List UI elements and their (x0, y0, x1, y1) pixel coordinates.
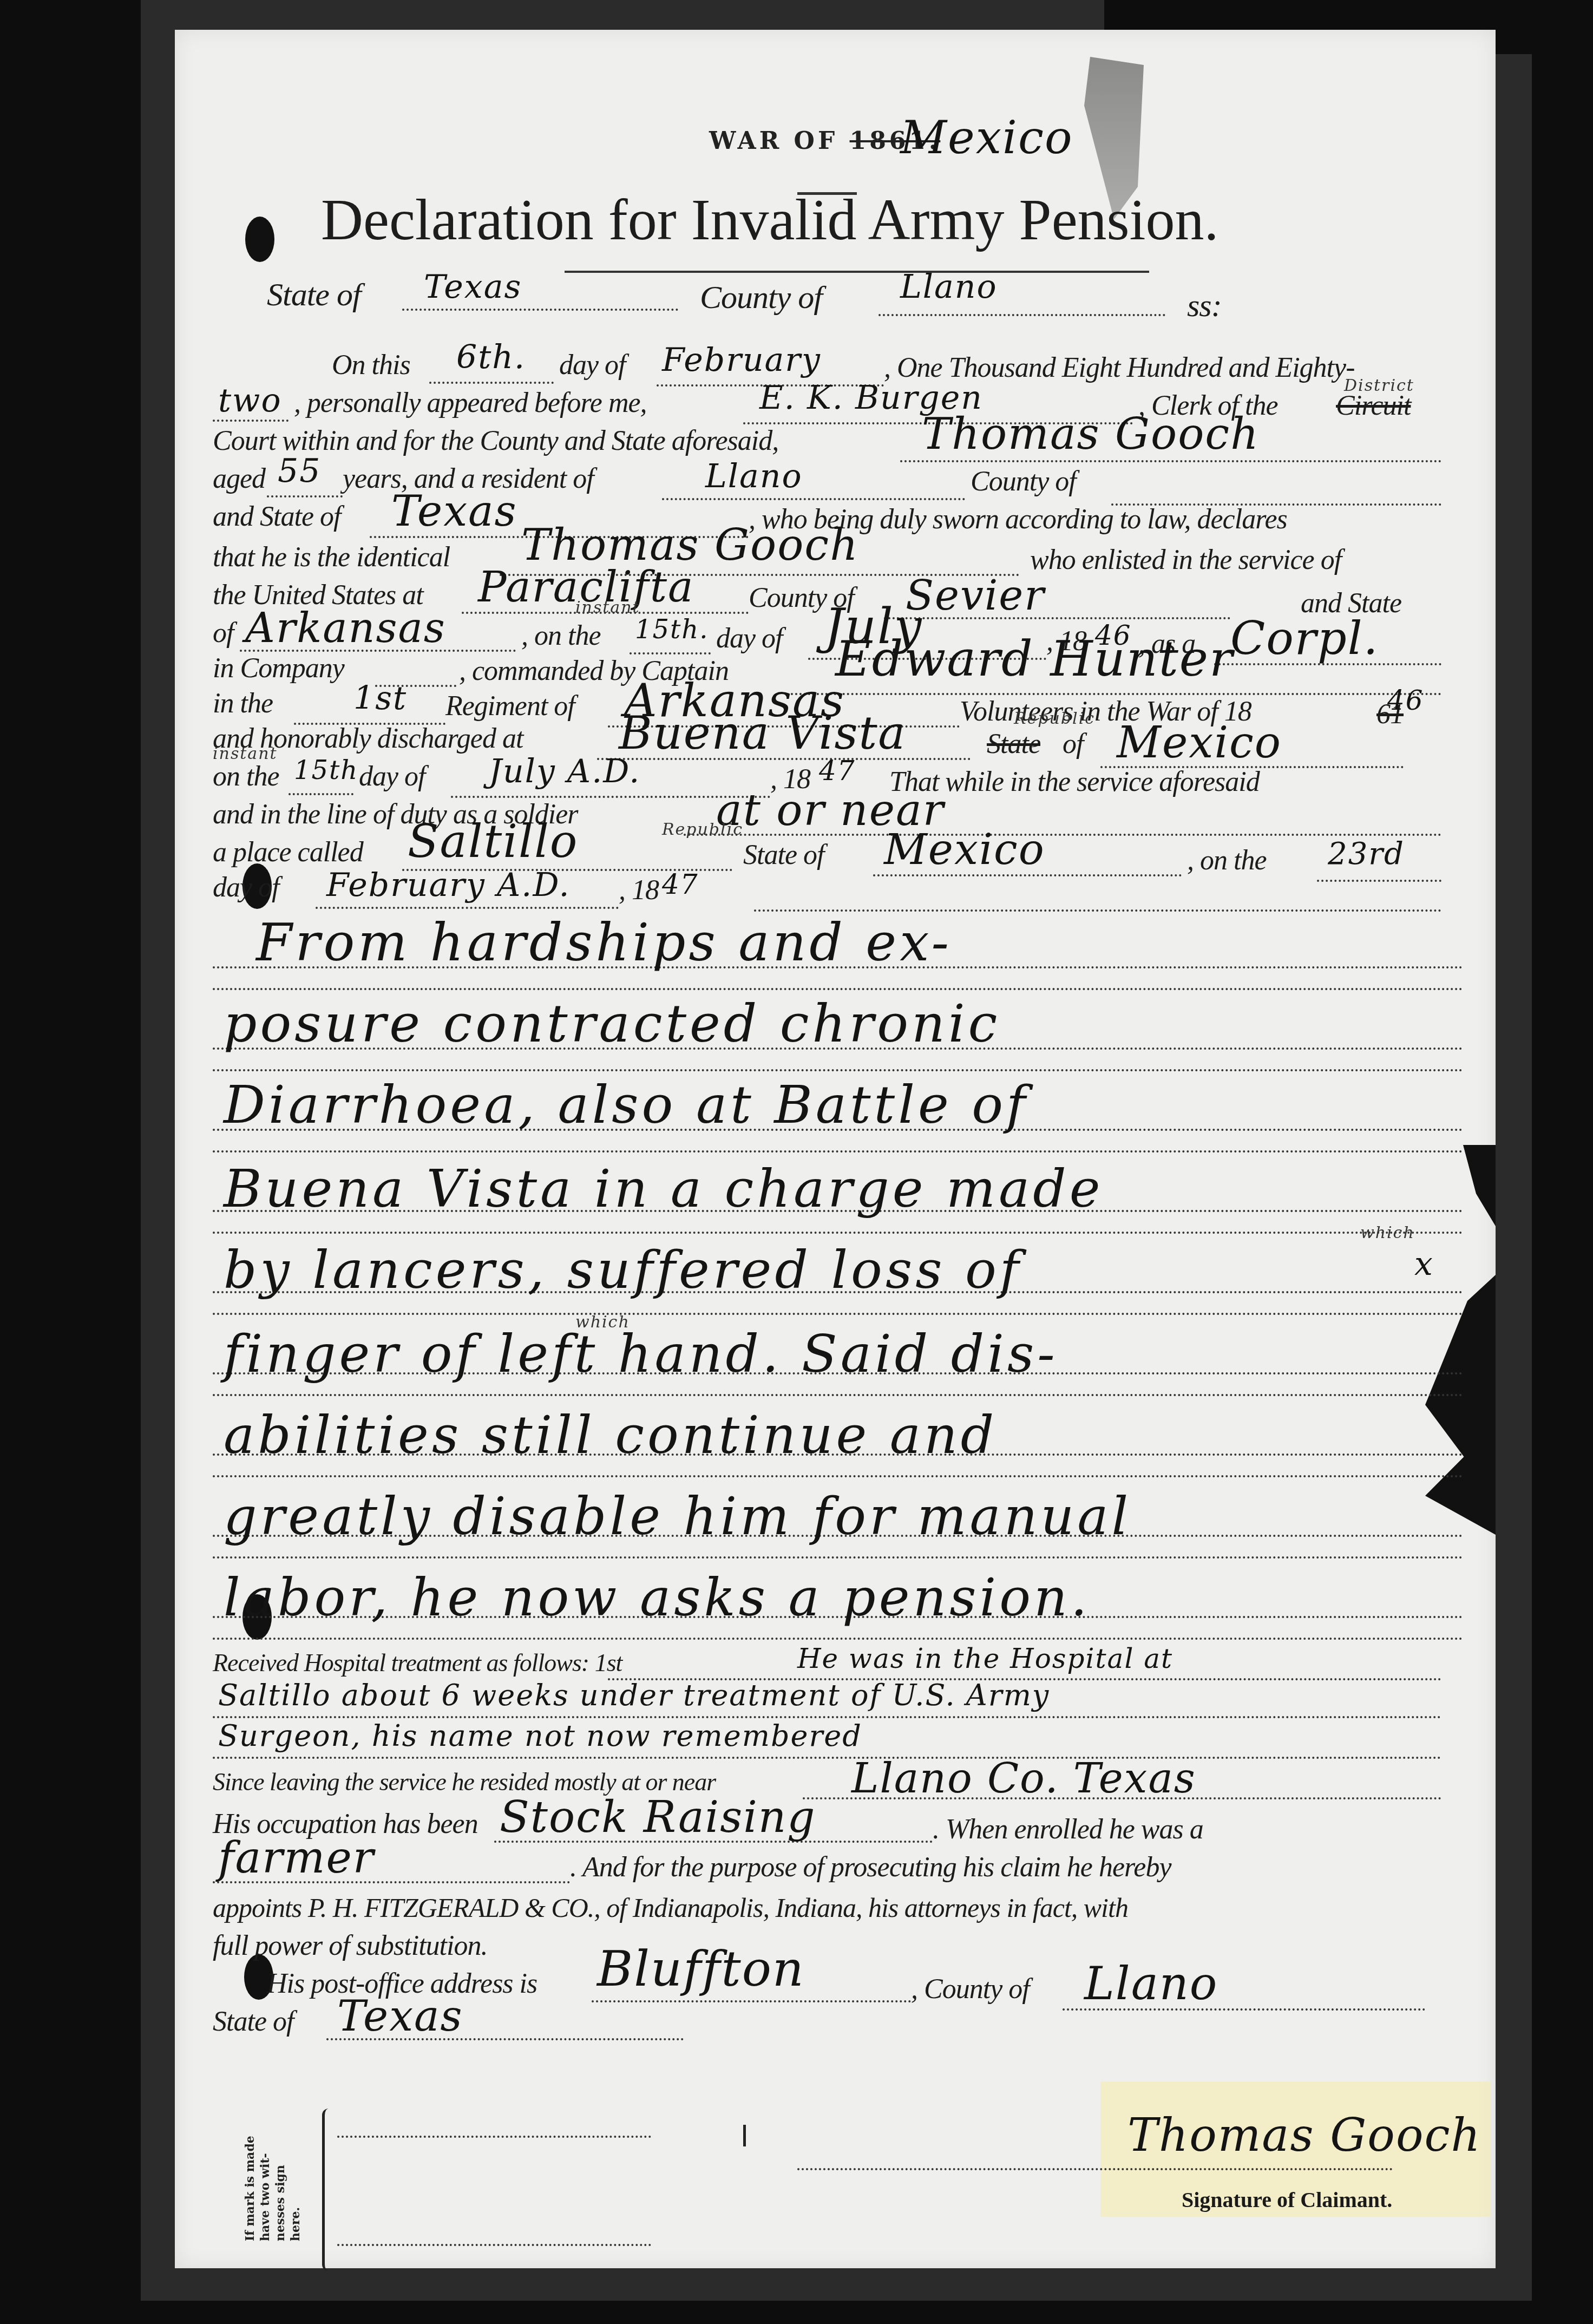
war-year-value: 46 (1387, 685, 1424, 716)
inserted-text: Republic (662, 820, 743, 839)
witness-instructions: If mark is made have two wit- nesses sig… (242, 2136, 303, 2241)
text: who enlisted in the service of (1030, 544, 1341, 576)
discharge-day-value: 15th (294, 755, 358, 785)
punch-hole (245, 217, 274, 262)
signature-line (797, 2168, 1393, 2170)
narrative-line: by lancers, suffered loss of (224, 1240, 1022, 1300)
text: . And for the purpose of prosecuting his… (570, 1851, 1171, 1883)
witness-brace (322, 2109, 336, 2271)
address-county-value: Llano (1084, 1957, 1218, 2010)
pension-declaration-form: WAR OF 1861. Mexico Declaration for Inva… (175, 30, 1496, 2268)
text: day of (213, 872, 279, 904)
enrolled-value: farmer (218, 1832, 375, 1883)
signature-label: Signature of Claimant. (1182, 2187, 1392, 2212)
text: a place called (213, 836, 363, 868)
county-value: Llano (900, 268, 998, 306)
age-value: 55 (278, 452, 321, 490)
resident-state-value: Texas (391, 487, 517, 536)
injury-day-value: 23rd (1328, 836, 1405, 872)
text: of (1063, 728, 1083, 760)
text: That while in the service aforesaid (889, 766, 1260, 798)
hospital-label: Received Hospital treatment as follows: … (213, 1648, 622, 1677)
torn-edge (1463, 1145, 1496, 1226)
divider-mark (743, 2125, 746, 2146)
occupation-value: Stock Raising (500, 1792, 816, 1842)
state-label: State of (267, 276, 361, 313)
hospital-line-value: Surgeon, his name not now remembered (218, 1719, 862, 1753)
note-text: which (1360, 1223, 1415, 1242)
narrative-line: Diarrhoea, also at Battle of (224, 1075, 1029, 1135)
text: , personally appeared before me, (294, 387, 647, 419)
ss-label: ss: (1187, 287, 1222, 324)
war-of-handwritten: Mexico (900, 111, 1073, 164)
witness-line (337, 2136, 651, 2138)
text: that he is the identical (213, 541, 450, 573)
text: Regiment of (445, 690, 575, 722)
scan-background-top (141, 0, 1104, 32)
text: day of (716, 623, 783, 654)
text: On this (332, 349, 410, 381)
witness-line (337, 2244, 651, 2246)
enlist-day-value: 15th. (635, 614, 709, 645)
place-value: Saltillo (408, 815, 578, 868)
text: , County of (911, 1973, 1030, 2005)
inserted-text: Republic (1014, 709, 1095, 728)
text: of (213, 617, 233, 649)
post-office-value: Bluffton (597, 1941, 805, 1998)
discharge-place-value: Buena Vista (619, 706, 906, 760)
place-state-value: Mexico (884, 826, 1045, 874)
inserted-text: District (1344, 376, 1414, 395)
note-text: instant (575, 598, 640, 617)
page-title: Declaration for Invalid Army Pension. (321, 187, 1219, 254)
text: day of (559, 349, 626, 381)
narrative-line: From hardships and ex- (256, 912, 952, 973)
narrative-line: abilities still continue and (224, 1405, 997, 1465)
text: in Company (213, 652, 344, 684)
enlist-county-value: Sevier (906, 571, 1045, 619)
injury-month-value: February A.D. (326, 866, 570, 904)
text: full power of substitution. (213, 1930, 488, 1962)
county-label: County of (700, 279, 822, 316)
text: in the (213, 688, 273, 719)
narrative-line: labor, he now asks a pension. (224, 1567, 1090, 1628)
enlist-state-value: Arkansas (245, 604, 446, 652)
hospital-line-value: Saltillo about 6 weeks under treatment o… (218, 1678, 1050, 1712)
text: and State of (213, 501, 340, 533)
captain-value: Edward Hunter (835, 631, 1234, 688)
residence-value: Llano Co. Texas (851, 1754, 1196, 1802)
narrative-line: greatly disable him for manual (224, 1486, 1131, 1547)
text: State of (213, 2006, 293, 2038)
text: County of (971, 466, 1076, 497)
attorney-text: appoints P. H. FITZGERALD & CO., of Indi… (213, 1892, 1128, 1923)
text: , 18 (619, 874, 659, 906)
resident-county-value: Llano (705, 457, 803, 495)
text: day of (359, 761, 425, 793)
text: aged (213, 463, 265, 495)
address-state-value: Texas (337, 1992, 463, 2041)
text: , on the (1187, 845, 1267, 876)
note-text: x (1414, 1245, 1434, 1283)
month-value: February (662, 341, 821, 379)
narrative-line: finger of left hand. Said dis- (224, 1324, 1058, 1384)
text: State of (743, 839, 824, 871)
injury-year-value: 47 (662, 869, 699, 900)
narrative-line: Buena Vista in a charge made (224, 1158, 1104, 1219)
text: , on the (521, 620, 601, 652)
narrative-line: posure contracted chronic (224, 993, 1000, 1054)
claimant-value: Thomas Gooch (922, 409, 1260, 459)
text: . When enrolled he was a (933, 1814, 1203, 1845)
struck-text: State (987, 728, 1040, 760)
discharge-year-value: 47 (819, 755, 856, 787)
discharge-state-value: Mexico (1117, 717, 1282, 768)
discharge-month-value: July A.D. (489, 752, 640, 790)
rank-value: Corpl. (1230, 612, 1379, 665)
text: on the (213, 761, 279, 793)
scan-background-right (1494, 54, 1532, 2274)
state-value: Texas (424, 268, 522, 306)
day-value: 6th. (456, 338, 526, 376)
hospital-line-value: He was in the Hospital at (797, 1643, 1173, 1674)
year-suffix-value: two (218, 382, 282, 420)
scan-background-left (141, 0, 179, 2290)
claimant-signature: Thomas Gooch (1127, 2109, 1481, 2162)
separator (565, 271, 1149, 273)
regiment-number-value: 1st (353, 679, 407, 717)
